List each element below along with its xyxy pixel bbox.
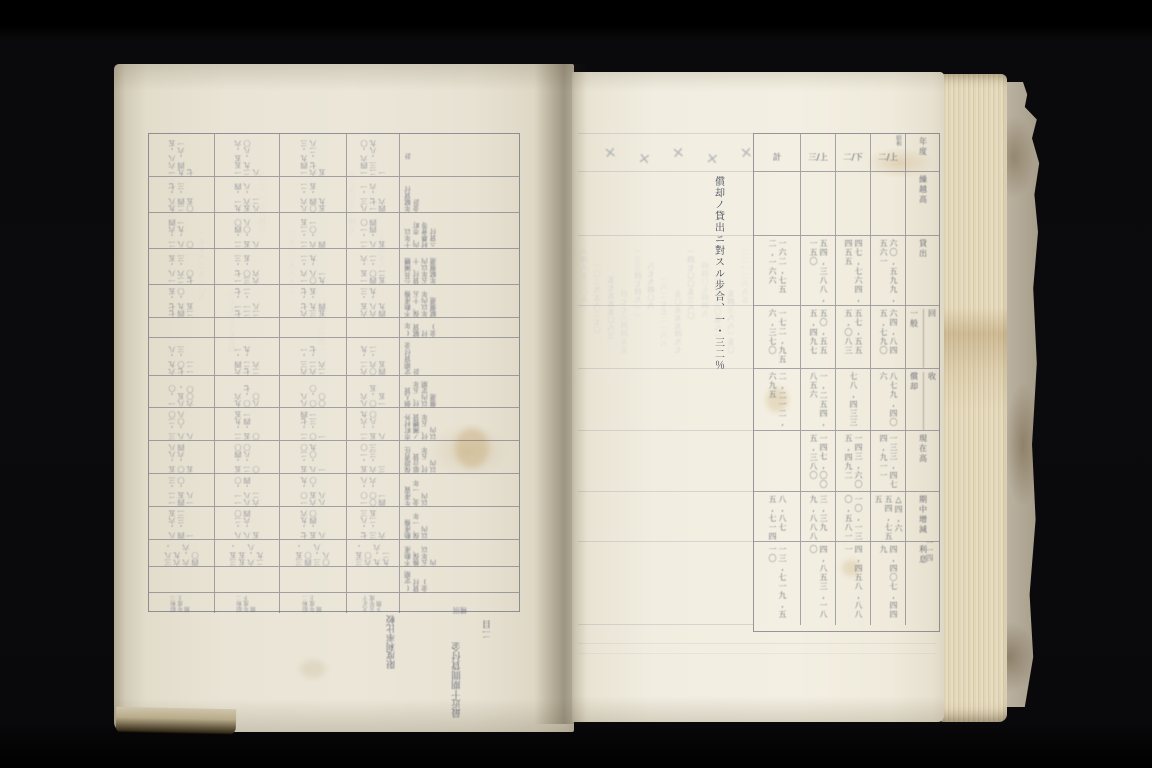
table-cell: 三,二〇八,〇八八: [149, 408, 214, 440]
row-header-cell: 償却收: [905, 369, 939, 430]
table-cell: 二,二五六,〇一四: [279, 213, 346, 248]
cell-value: 三五,六〇九,六九二: [355, 543, 391, 566]
bleed-rule-line: [578, 430, 753, 431]
cell-value: 六三,一六二,七二六: [300, 341, 327, 375]
cell-value: 八七九,四〇六: [878, 372, 898, 430]
bleed-ghost-column: 六四八五三〇九一: [580, 248, 589, 600]
rotated-loan-comparison-table: 一六八,五九四,六一七一五五,六二九,八〇八一四九,三六七,二八五一四六,〇二三…: [148, 133, 520, 612]
year-cell: 昭和二/上: [870, 134, 905, 171]
table-cell: 四七,七六四,四五五: [835, 236, 870, 305]
row-header-cell: 繰越高: [905, 172, 939, 235]
year-label-cell: 昭和二年度下期: [214, 593, 279, 613]
table-row: 一,〇八五,六〇〇九六〇,七八〇八八〇,〇〇〇八六〇,五一五個人貸付、五年以內定…: [149, 376, 519, 408]
row-header-label: 保證責任組合貸付、五年以內: [404, 444, 438, 473]
year-label-cell: 昭和三年度上期: [149, 593, 214, 613]
table-cell: 七,八三三,二五六: [346, 507, 399, 539]
bleed-rule-line: [578, 643, 936, 644]
table-cell: 一,二五四,八五六: [800, 369, 835, 430]
cell-value: 七,八三三,二五六: [360, 510, 387, 539]
table-cell: 八六,二〇四,五五九: [279, 177, 346, 212]
bleed-rule-line: [578, 235, 753, 236]
table-cell: [214, 567, 279, 592]
table-cell: 一〇,九六五,〇八八: [279, 474, 346, 506]
cell-value: 六〇,五九九,五六一: [878, 239, 898, 305]
table-cell: 一〇,八〇〇,六四一: [346, 474, 399, 506]
page-number: 一一四: [925, 539, 934, 562]
cell-value: 四,四五八,八八一: [843, 545, 863, 624]
cell-value: 九一,四五六,八八二: [234, 180, 261, 212]
table-cell: 九八,七二四,三〇五: [149, 177, 214, 212]
table-row: 八,六五四,三二一八,二〇八,六四五七,九六五,四〇八七,八三三,二五六動產擔保…: [149, 507, 519, 540]
table-cell: 一七,三三〇,五六六: [214, 249, 279, 284]
table-cell: [214, 318, 279, 337]
year-value: 二/下: [843, 145, 863, 163]
table-cell: [754, 172, 800, 235]
table-row: 昭和三年度上期昭和二年度下期昭和二年度上期大正十五年度下期種別: [149, 593, 519, 613]
cell-value: 八八〇,〇〇〇: [300, 379, 327, 407]
table-row: 二,六四八,九一〇二,四〇五,〇八八二,二五六,〇一四二,一〇八,四四五十年以內…: [149, 213, 519, 249]
table-cell: 一六,二〇八,九九一: [279, 249, 346, 284]
table-row: 一二,三四五,〇一八一一,〇八八,四六二一〇,九六五,〇八八一〇,八〇〇,六四一…: [149, 474, 519, 507]
cell-value: 一七,三三〇,五六六: [234, 252, 261, 284]
table-cell: 八八〇,〇〇〇: [279, 376, 346, 407]
cell-value: 二,九五五,四一〇: [234, 411, 261, 440]
table-cell: [279, 567, 346, 592]
table-cell: 八三,一一七,六四六: [346, 177, 399, 212]
table-cell: 七一,七二一,二二八: [214, 285, 279, 317]
cell-value: 三八,六九六,六四〇: [164, 543, 200, 566]
table-cell: 六九,八七〇,三一二: [149, 338, 214, 375]
year-label-cell: 昭和二年度上期: [279, 593, 346, 613]
table-cell: [835, 172, 870, 235]
row-header-label: 不動產擔保、十五年以內年賦償還: [404, 288, 438, 317]
cell-value: 六四,八四五,七九〇: [878, 309, 898, 368]
cell-value: 七一,七二一,二二八: [234, 288, 261, 317]
row-header-label: 動產擔保、一年以內: [404, 510, 430, 539]
table-cell: 一七二,九五六,三七〇: [754, 306, 800, 368]
table-row: (年賦貸付金): [149, 318, 519, 338]
cell-value: 一八,五二六,三七〇: [168, 252, 195, 284]
row-header-cell: 十年以內、市町村農會等ニ貸付: [399, 213, 519, 248]
column-header-label: 種別: [453, 596, 467, 613]
row-header-cell: 市町村外ノ團體貸付、五年以內: [399, 408, 519, 440]
table-cell: 一八,五二六,三七〇: [149, 249, 214, 284]
crossout-x-mark: ✕: [739, 143, 753, 162]
table-cell: 二,九五五,四一〇: [214, 408, 279, 440]
table-row: 六九,八七〇,三一二六四,一七二,九二六六三,一六二,七二六六二,九〇六,二四五…: [149, 338, 519, 376]
cell-value: 五,四〇二,八〇〇: [234, 444, 261, 473]
cell-value: 四,八五三,一八〇: [808, 545, 828, 624]
crossout-x-mark: ✕: [705, 149, 720, 169]
table-cell: 六〇,五九九,五六一: [870, 236, 905, 305]
table-cell: 七八,四三三: [835, 369, 870, 430]
year-cell: 計: [754, 134, 800, 171]
cell-value: 一二,三四五,〇一八: [168, 477, 195, 506]
row-header-cell: 個人貸付、五年以內定期償還: [399, 376, 519, 407]
table-cell: 二,六九五,八〇八: [346, 408, 399, 440]
cell-value: 六四,一七二,九二六: [234, 341, 261, 375]
cell-value: 一四七,〇〇五,三八〇: [808, 434, 828, 491]
cell-value: 九六〇,七八〇: [234, 379, 261, 407]
table-cell: 一六二,七五二,一六六: [754, 236, 800, 305]
bleed-ghost-column: 一六二七五二一六六: [660, 276, 669, 600]
table-row: 五,八八〇,六四五五,四〇二,八〇〇五,二〇八,〇九一五,一〇六,三三三保證責任…: [149, 441, 519, 474]
cell-value: 五,八八〇,六四五: [168, 444, 195, 473]
table-cell: 五七,五五五,〇八三: [835, 306, 870, 368]
table-cell: 三五,六〇九,六九二: [346, 540, 399, 566]
table-row: 一八,五二六,三七〇一七,三三〇,五六六一六,二〇八,九九一一五,六四〇,二五二…: [149, 249, 519, 285]
row-header-cell: (年賦貸付金): [399, 318, 519, 337]
bleed-rule-line: [578, 171, 753, 172]
table-cell: 一四九,三六七,二八五: [279, 134, 346, 176]
table-row: 一七二,九五六,三七〇五〇,五五五,四九七五七,五五五,〇八三六四,八四五,七九…: [754, 306, 939, 369]
column-header-cell: 年度: [905, 134, 939, 171]
table-cell: 六四,八四五,七九〇: [870, 306, 905, 368]
table-cell: 六五,三六八,九四九: [346, 285, 399, 317]
cell-value: 一三三,四七四,九一一: [878, 434, 898, 491]
table-cell: 一三三,四七四,九一一: [870, 431, 905, 491]
bleed-rule-line: [578, 133, 753, 134]
row-header-label: 期中增減: [918, 495, 928, 541]
table-cell: 四,四五八,八八一: [835, 542, 870, 625]
cell-value: 四七,七六四,四五五: [843, 239, 863, 305]
table-row: (定期貸付金): [149, 567, 519, 593]
column-header-label: 年度: [918, 137, 928, 171]
cell-value: △四,六五四,七五五: [873, 495, 903, 541]
recovery-group-char: 回: [923, 309, 937, 368]
cell-value: 六五,三六八,九四九: [360, 288, 387, 317]
table-cell: 五,二〇八,〇九一: [279, 441, 346, 473]
year-value: 二/上: [878, 145, 898, 163]
row-header-label: 十年以內、市町村農會等ニ貸付: [404, 216, 438, 248]
row-header-label: 償却: [909, 372, 919, 430]
cell-value: 一四三,六〇五,四九二: [843, 434, 863, 491]
cell-value: 八,六五四,三二一: [168, 510, 195, 539]
table-cell: 六二,九〇六,二四五: [346, 338, 399, 375]
year-value: 三/上: [808, 145, 828, 163]
row-header-cell: 期中增減: [905, 492, 939, 541]
table-cell: 一四七,〇〇五,三八〇: [800, 431, 835, 491]
table-cell: 五,八八〇,六四五: [149, 441, 214, 473]
table-cell: 八六〇,五一五: [346, 376, 399, 407]
row-header-cell: 一般回: [905, 306, 939, 368]
row-header-cell: 公共團體貸付、十五年以內年賦償還: [399, 249, 519, 284]
table-row: 一三,七一九,五一〇四,八五三,一八〇四,四五八,八八一四,四〇七,四四九利息: [754, 542, 939, 625]
row-header-label: 生產資金、一年以內: [404, 477, 430, 506]
cell-value: 八,二〇八,六四五: [234, 510, 261, 539]
row-header-cell: 定期貸付金計: [399, 338, 519, 375]
table-row: 三,二〇八,〇八八二,九五五,四一〇二,七四〇,三一一二,六九五,八〇八市町村外…: [149, 408, 519, 441]
row-header-label: 現在高: [918, 434, 928, 491]
cell-value: 八六〇,五一五: [360, 379, 387, 407]
cell-value: 五,二〇八,〇九一: [300, 444, 327, 473]
table-cell: 四,八五三,一八〇: [800, 542, 835, 625]
row-header-label: 不動產擔保、五年以內: [404, 543, 438, 566]
row-header-cell: 現在高: [905, 431, 939, 491]
row-header-label: 個人貸付、五年以內定期償還: [404, 379, 438, 407]
table-row: 一四七,〇〇五,三八〇一四三,六〇五,四九二一三三,四七四,九一一現在高: [754, 431, 939, 492]
cell-value: 一,二五四,八五六: [808, 372, 828, 430]
row-header-label: (定期貸付金): [404, 570, 430, 592]
row-header-cell: 計: [399, 134, 519, 176]
cell-value: 二,四〇五,〇八八: [234, 216, 261, 248]
bleed-ghost-column: 八七九四〇六: [647, 262, 656, 600]
cell-value: 三,二〇八,〇八八: [168, 411, 195, 440]
cell-value: 七七,五四九,〇二五: [168, 288, 195, 317]
table-cell: 一〇,一三〇,五八一: [835, 492, 870, 541]
table-cell: 八,八七五,七一四: [754, 492, 800, 541]
table-row: 一六八,五九四,六一七一五五,六二九,八〇八一四九,三六七,二八五一四六,〇二三…: [149, 134, 519, 177]
cell-value: 九八,七二四,三〇五: [168, 180, 195, 212]
table-cell: 一六八,五九四,六一七: [149, 134, 214, 176]
row-header-cell: 不動產擔保、十五年以內年賦償還: [399, 285, 519, 317]
table-cell: 六七,七三九,五五四: [279, 285, 346, 317]
recovery-group-char: 收: [923, 372, 937, 430]
cell-value: 五〇,五五五,四九七: [808, 309, 828, 368]
table-row: 一六二,七五二,一六六五四,三八八,一五〇四七,七六四,四五五六〇,五九九,五六…: [754, 236, 939, 306]
row-header-label: 年賦貸付金計: [404, 180, 421, 212]
table-row: 二,二一二,六九五一,二五四,八五六七八,四三三八七九,四〇六償却收: [754, 369, 939, 431]
row-header-label: 公共團體貸付、十五年以內年賦償還: [404, 252, 438, 284]
loan-ledger-table: 計三/上二/下昭和二/上年度繰越高一六二,七五二,一六六五四,三八八,一五〇四七…: [753, 133, 940, 632]
row-header-label: 繰越高: [918, 175, 928, 235]
table-cell: 九六〇,七八〇: [214, 376, 279, 407]
table-cell: 八七九,四〇六: [870, 369, 905, 430]
cell-value: 二,二一二,六九五: [767, 372, 787, 430]
table-cell: 一四六,〇二三,八九一: [346, 134, 399, 176]
bleed-rule-line: [578, 491, 753, 492]
cell-value: 八,八七五,七一四: [767, 495, 787, 541]
table-cell: 一五五,六二九,八〇八: [214, 134, 279, 176]
row-header-label: 計: [404, 153, 413, 160]
cell-value: 六九,八七〇,三一二: [168, 341, 195, 375]
bleed-rule-line: [578, 305, 753, 306]
table-cell: 三八,六九六,六四〇: [149, 540, 214, 566]
table-cell: 五,四〇二,八〇〇: [214, 441, 279, 473]
cell-value: 三五,五五六,八二九: [229, 543, 265, 566]
cell-value: 五七,五五五,〇八三: [843, 309, 863, 368]
table-cell: [149, 567, 214, 592]
bleed-ghost-column: 五四三八八一五〇: [727, 290, 736, 600]
table-cell: 七七,五四九,〇二五: [149, 285, 214, 317]
table-cell: 一五,六四〇,二五二: [346, 249, 399, 284]
table-cell: 六四,一七二,九二六: [214, 338, 279, 375]
table-cell: [279, 318, 346, 337]
table-cell: [870, 172, 905, 235]
cell-value: 一六二,七五二,一六六: [767, 239, 787, 305]
year-label: 昭和二年度下期: [237, 594, 258, 612]
table-cell: 六三,一六二,七二六: [279, 338, 346, 375]
row-header-label: (年賦貸付金): [404, 321, 438, 337]
cell-value: 八三,一一七,六四六: [360, 180, 387, 212]
table-row: 繰越高: [754, 172, 939, 236]
row-header-cell: 保證責任組合貸付、五年以內: [399, 441, 519, 473]
cell-value: 二,七四〇,三一一: [300, 411, 327, 440]
table-cell: 七,九六五,四〇八: [279, 507, 346, 539]
bleed-rule-line: [578, 541, 753, 542]
caption-title-line1: 最近十期間貸付金: [452, 618, 464, 718]
cell-value: 一〇,八〇〇,六四一: [360, 477, 387, 506]
cell-value: 一四九,三六七,二八五: [300, 137, 327, 176]
cell-value: 二,六九五,八〇八: [360, 411, 387, 440]
bleed-ghost-column: 一〇二九五六三七〇: [593, 262, 602, 600]
bleed-ghost-column: 一三三四七四九一一: [634, 248, 643, 600]
table-cell: 三五,五五六,八二九: [214, 540, 279, 566]
table-cell: [346, 567, 399, 592]
row-header-cell: (定期貸付金): [399, 567, 519, 592]
table-cell: 三,三九九,八八八: [800, 492, 835, 541]
caption-item-number: 二目: [481, 617, 494, 639]
row-header-cell: 動產擔保、一年以內: [399, 507, 519, 539]
table-cell: 二,七四〇,三一一: [279, 408, 346, 440]
year-value: 計: [773, 145, 782, 163]
photo-stage: 六四八五三〇九一一〇二九五六三七〇五七五五五〇八三四七七六四四五五一三三四七四九…: [0, 0, 1152, 768]
year-label: 大正十五年度下期: [363, 594, 384, 612]
table-row: 計三/上二/下昭和二/上年度: [754, 134, 939, 172]
caption-title-line2: 限度利率比較: [387, 599, 399, 669]
row-header-label: 一般: [909, 309, 919, 368]
cell-value: 一五,六四〇,二五二: [360, 252, 387, 284]
cell-value: 一六,二〇八,九九一: [300, 252, 327, 284]
cell-value: 一四六,〇二三,八九一: [360, 137, 387, 176]
bleed-ghost-column: 五七五五五〇八三: [607, 276, 616, 600]
bleed-rule-line: [578, 653, 936, 654]
table-cell: 四,四〇七,四四九: [870, 542, 905, 625]
crossout-x-mark: ✕: [637, 149, 652, 169]
bleed-ghost-column: 四七七六四四五五: [620, 290, 629, 600]
cell-value: 六二,九〇六,二四五: [360, 341, 387, 375]
table-cell: 二,一〇八,四四五: [346, 213, 399, 248]
cell-value: 一〇,一三〇,五八一: [843, 495, 863, 541]
table-row: 三八,六九六,六四〇三五,五五六,八二九三五,四〇三,八〇八三五,六〇九,六九二…: [149, 540, 519, 567]
cell-value: 七八,四三三: [848, 372, 858, 430]
table-cell: 二,四〇五,〇八八: [214, 213, 279, 248]
table-cell: 五四,三八八,一五〇: [800, 236, 835, 305]
table-cell: △四,六五四,七五五: [870, 492, 905, 541]
cell-value: 七,九六五,四〇八: [300, 510, 327, 539]
crossout-x-mark: ✕: [671, 143, 685, 162]
table-cell: [754, 431, 800, 491]
table-cell: 二,六四八,九一〇: [149, 213, 214, 248]
table-cell: 一二,三四五,〇一八: [149, 474, 214, 506]
cell-value: 二,六四八,九一〇: [168, 216, 195, 248]
table-cell: 五,一〇六,三三三: [346, 441, 399, 473]
bleed-rule-line: [578, 624, 753, 625]
table-cell: [346, 318, 399, 337]
cell-value: 二,二五六,〇一四: [300, 216, 327, 248]
table-cell: 八,二〇八,六四五: [214, 507, 279, 539]
row-header-cell: 生產資金、一年以內: [399, 474, 519, 506]
table-cell: [800, 172, 835, 235]
table-cell: 一三,七一九,五一〇: [754, 542, 800, 625]
cell-value: 六七,七三九,五五四: [300, 288, 327, 317]
row-header-label: 市町村外ノ團體貸付、五年以內: [404, 411, 438, 440]
year-label: 昭和二年度上期: [303, 594, 324, 612]
cell-value: 一,〇八五,六〇〇: [168, 379, 195, 407]
row-header-cell: 貸出: [905, 236, 939, 305]
table-cell: 一一,〇八八,四六二: [214, 474, 279, 506]
table-cell: 一四三,六〇五,四九二: [835, 431, 870, 491]
cell-value: 三,三九九,八八八: [808, 495, 828, 541]
cell-value: 一五五,六二九,八〇八: [234, 137, 261, 176]
cell-value: 一〇,九六五,〇八八: [300, 477, 327, 506]
row-header-label: 貸出: [918, 239, 928, 305]
row-header-label: 定期貸付金計: [404, 341, 421, 375]
bleed-ghost-column: 五〇五五五四九七: [674, 290, 683, 600]
row-header-cell: 年賦貸付金計: [399, 177, 519, 212]
table-cell: 一,〇八五,六〇〇: [149, 376, 214, 407]
table-cell: [149, 318, 214, 337]
cell-value: 五,一〇六,三三三: [360, 444, 387, 473]
cell-value: 一三,七一九,五一〇: [767, 545, 787, 624]
bleed-rule-line: [578, 368, 753, 369]
cell-value: 四,四〇七,四四九: [878, 545, 898, 624]
cell-value: 一七二,九五六,三七〇: [767, 309, 787, 368]
table-cell: 九一,四五六,八八二: [214, 177, 279, 212]
handwritten-ratio-note: 償却ノ貸出ニ對スル步合、一・三二％: [711, 176, 725, 436]
cell-value: 一六八,五九四,六一七: [168, 137, 195, 176]
year-label: 昭和三年度上期: [171, 594, 192, 612]
cell-value: 三五,四〇三,八〇八: [295, 543, 331, 566]
crossout-x-mark: ✕: [603, 143, 617, 162]
column-header-cell: 種別: [399, 593, 519, 613]
table-cell: 八,六五四,三二一: [149, 507, 214, 539]
year-cell: 二/下: [835, 134, 870, 171]
table-cell: 二,二一二,六九五: [754, 369, 800, 430]
cell-value: 一一,〇八八,四六二: [234, 477, 261, 506]
row-header-cell: 不動產擔保、五年以內: [399, 540, 519, 566]
cell-value: 二,一〇八,四四五: [360, 216, 387, 248]
table-row: 九八,七二四,三〇五九一,四五六,八八二八六,二〇四,五五九八三,一一七,六四六…: [149, 177, 519, 213]
bleed-ghost-column: 一四七〇〇五三八〇: [687, 248, 696, 600]
table-cell: 五〇,五五五,四九七: [800, 306, 835, 368]
cell-value: 五四,三八八,一五〇: [808, 239, 828, 305]
bleed-ghost-column: 四四〇七四四九: [701, 262, 710, 600]
table-row: 八,八七五,七一四三,三九九,八八八一〇,一三〇,五八一△四,六五四,七五五期中…: [754, 492, 939, 542]
year-cell: 三/上: [800, 134, 835, 171]
table-row: 七七,五四九,〇二五七一,七二一,二二八六七,七三九,五五四六五,三六八,九四九…: [149, 285, 519, 318]
bleed-ghost-column: 二二一二六九五: [741, 248, 750, 600]
cell-value: 八六,二〇四,五五九: [300, 180, 327, 212]
table-cell: 三五,四〇三,八〇八: [279, 540, 346, 566]
